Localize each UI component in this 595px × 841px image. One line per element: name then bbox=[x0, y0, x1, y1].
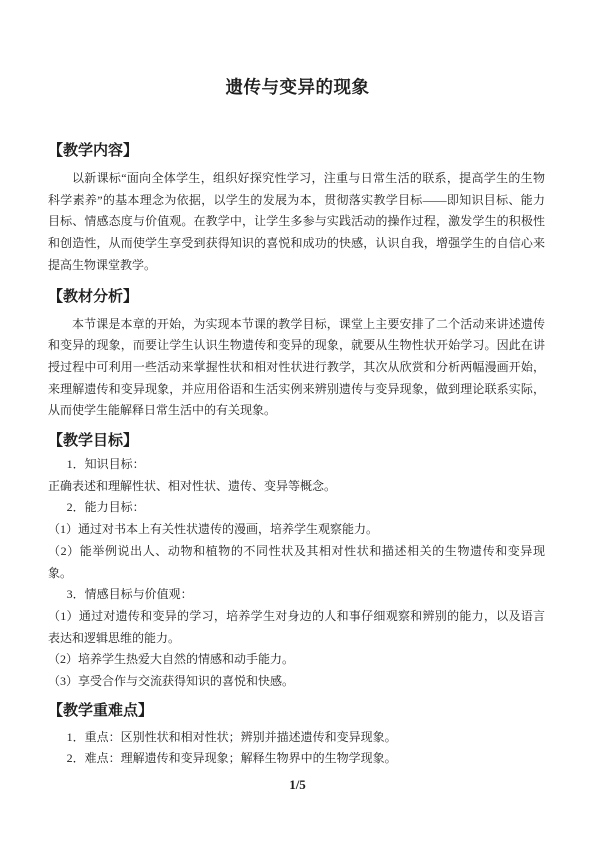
key-difficult-points-list: 1．重点：区别性状和相对性状；辨别并描述遗传和变异现象。 2．难点：理解遗传和变… bbox=[0, 727, 595, 770]
list-item-ability-goal-1: （1）通过对书本上有关性状遗传的漫画，培养学生观察能力。 bbox=[48, 519, 545, 541]
list-item-ability-goal-2: （2）能举例说出人、动物和植物的不同性状及其相对性状和描述相关的生物遗传和变异现… bbox=[48, 541, 545, 584]
teaching-goals-list: 1．知识目标： 正确表述和理解性状、相对性状、遗传、变异等概念。 2．能力目标：… bbox=[0, 454, 595, 693]
paragraph-teaching-content: 以新课标“面向全体学生，组织好探究性学习，注重与日常生活的联系，提高学生的生物科… bbox=[48, 168, 545, 277]
document-page: 遗传与变异的现象 【教学内容】 以新课标“面向全体学生，组织好探究性学习，注重与… bbox=[0, 0, 595, 841]
list-item-emotion-goal-2: （2）培养学生热爱大自然的情感和动手能力。 bbox=[48, 649, 545, 671]
list-item-key-point: 1．重点：区别性状和相对性状；辨别并描述遗传和变异现象。 bbox=[48, 727, 545, 749]
list-item-emotion-goal: 3．情感目标与价值观： bbox=[48, 584, 545, 606]
list-item-knowledge-goal: 1．知识目标： bbox=[48, 454, 545, 476]
document-title: 遗传与变异的现象 bbox=[0, 0, 595, 100]
list-item-difficult-point: 2．难点：理解遗传和变异现象；解释生物界中的生物学现象。 bbox=[48, 748, 545, 770]
list-item-knowledge-goal-detail: 正确表述和理解性状、相对性状、遗传、变异等概念。 bbox=[48, 476, 545, 498]
section-heading-material-analysis: 【教材分析】 bbox=[48, 286, 545, 308]
list-item-emotion-goal-3: （3）享受合作与交流获得知识的喜悦和快感。 bbox=[48, 671, 545, 693]
paragraph-material-analysis: 本节课是本章的开始，为实现本节课的教学目标，课堂上主要安排了二个活动来讲述遗传和… bbox=[48, 314, 545, 423]
list-item-emotion-goal-1: （1）通过对遗传和变异的学习，培养学生对身边的人和事仔细观察和辨别的能力，以及语… bbox=[48, 606, 545, 649]
section-heading-teaching-goals: 【教学目标】 bbox=[48, 430, 545, 452]
list-item-ability-goal: 2．能力目标： bbox=[48, 497, 545, 519]
section-heading-teaching-content: 【教学内容】 bbox=[48, 140, 545, 162]
page-number: 1/5 bbox=[0, 777, 595, 792]
section-heading-key-difficult-points: 【教学重难点】 bbox=[48, 700, 545, 722]
